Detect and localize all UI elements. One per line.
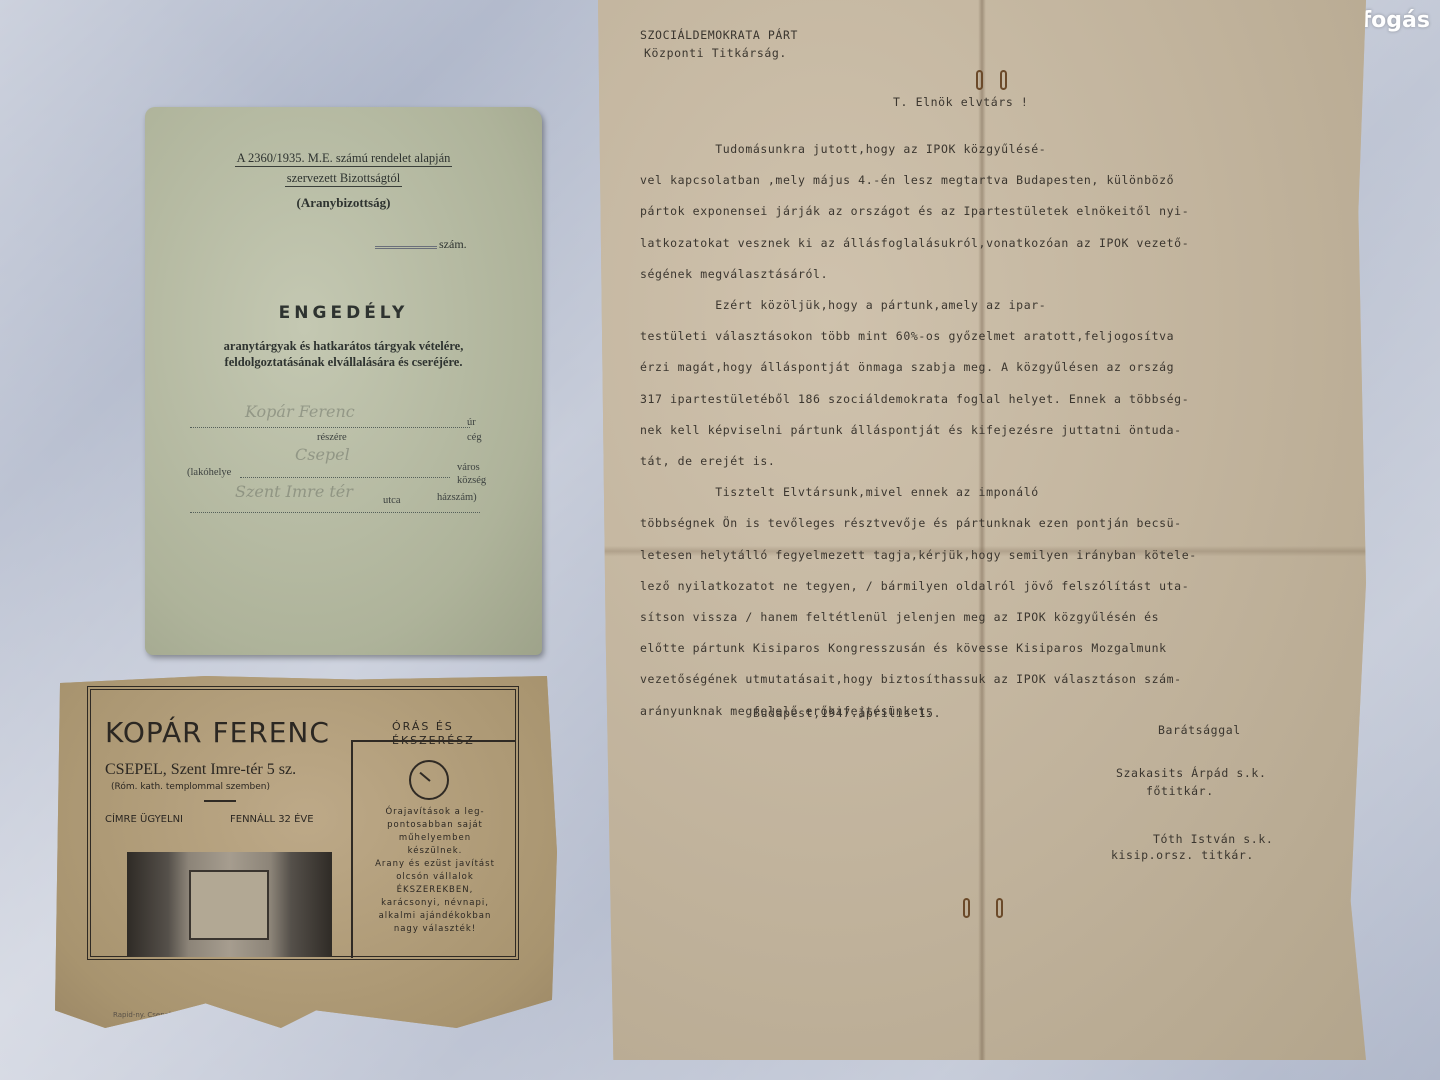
letter-salutation: T. Elnök elvtárs ! (893, 95, 1028, 109)
label-kozseg: község (457, 475, 486, 486)
gold-permit-booklet: A 2360/1935. M.E. számú rendelet alapján… (145, 107, 542, 655)
ad-service-line: pontosabban saját (355, 819, 515, 832)
handwritten-city: Csepel (295, 445, 350, 464)
ad-service-line: karácsonyi, névnapi, (355, 897, 515, 910)
label-utca: utca (383, 495, 401, 506)
letter-body-line: Tisztelt Elvtársunk,mivel ennek az impon… (640, 485, 1039, 499)
signer1-title: főtitkár. (1146, 784, 1214, 798)
staple (963, 898, 970, 918)
redacted-number (375, 241, 437, 249)
letter-body-line: sítson vissza / hanem feltétlenül jelenj… (640, 610, 1159, 624)
watch-face (189, 870, 269, 940)
staple (1000, 70, 1007, 90)
signer2-name: Tóth István s.k. (1153, 832, 1273, 846)
ad-address: CSEPEL, Szent Imre-tér 5 sz. (105, 761, 296, 779)
handwritten-name: Kopár Ferenc (245, 402, 355, 421)
letter-body-line: Ezért közöljük,hogy a pártunk,amely az i… (640, 298, 1046, 312)
label-ceg: cég (467, 432, 482, 443)
letter-org-line2: Központi Titkárság. (644, 46, 787, 60)
letter-body-line: többségnek Ön is tevőleges résztvevője é… (640, 516, 1182, 530)
ad-service-line: ÉKSZEREKBEN, (355, 884, 515, 897)
ad-service-line: alkalmi ajándékokban (355, 910, 515, 923)
watchmaker-advertisement: KOPÁR FERENC ÓRÁS ÉS ÉKSZERÉSZ CSEPEL, S… (55, 676, 557, 1028)
permit-subtitle-line1: aranytárgyak és hatkarátos tárgyak vétel… (145, 339, 542, 354)
ad-cimre: CÍMRE ÜGYELNI (105, 814, 183, 825)
party-letter: SZOCIÁLDEMOKRATA PÁRT Központi Titkárság… (598, 0, 1366, 1060)
signer1-name: Szakasits Árpád s.k. (1116, 766, 1266, 780)
label-varos: város (457, 462, 480, 473)
letter-body-line: latkozatokat vesznek ki az állásfoglalás… (640, 236, 1189, 250)
name-line (190, 427, 470, 428)
ad-fennall: FENNÁLL 32 ÉVE (230, 814, 314, 825)
letter-body-line: ségének megválasztásáról. (640, 267, 828, 281)
staple (976, 70, 983, 90)
permit-header-line3: (Aranybizottság) (145, 195, 542, 211)
ad-service-line: készülnek. (355, 845, 515, 858)
letter-body-line: Tudomásunkra jutott,hogy az IPOK közgyűl… (640, 142, 1046, 156)
ad-service-line: Arany és ezüst javítást (355, 858, 515, 871)
permit-header-line1: A 2360/1935. M.E. számú rendelet alapján (235, 151, 453, 167)
permit-number: szám. (375, 237, 467, 252)
ad-service-line: Órajavítások a leg- (355, 806, 515, 819)
clock-icon (409, 760, 449, 800)
label-ur: úr (467, 417, 476, 428)
handwritten-street: Szent Imre tér (235, 482, 353, 501)
label-lakohelye: (lakóhelye (187, 467, 231, 478)
letter-body-line: vel kapcsolatban ,mely május 4.-én lesz … (640, 173, 1174, 187)
signer2-title: kisip.orsz. titkár. (1111, 848, 1254, 862)
letter-body-line: lező nyilatkozatot ne tegyen, / bármilye… (640, 579, 1189, 593)
ad-service-text: Órajavítások a leg-pontosabban sajátműhe… (355, 806, 515, 936)
permit-title: ENGEDÉLY (145, 303, 542, 323)
ad-service-line: nagy választék! (355, 923, 515, 936)
letter-body-line: vezetőségének utmutatásait,hogy biztosít… (640, 672, 1182, 686)
ad-service-line: olcsón vállalok (355, 871, 515, 884)
permit-header-line2: szervezett Bizottságtól (285, 171, 403, 187)
wristwatch-image (127, 852, 332, 957)
letter-closing: Barátsággal (1158, 723, 1241, 737)
letter-body-line: testületi választásokon több mint 60%-os… (640, 329, 1174, 343)
ad-printer-credit: Rapid-ny. Csepel, F. v. Szabó L. (113, 1011, 220, 1019)
letter-body-line: érzi magát,hogy álláspontját önmaga szab… (640, 360, 1174, 374)
letter-org-line1: SZOCIÁLDEMOKRATA PÁRT (640, 28, 798, 42)
staple (996, 898, 1003, 918)
letter-date: Budapest,1947.április 15. (753, 706, 941, 720)
permit-subtitle-line2: feldolgoztatásának elvállalására és cser… (145, 355, 542, 370)
letter-body-line: 317 ipartestületéből 186 szociáldemokrat… (640, 392, 1189, 406)
letter-body-line: pártok exponensei járják az országot és … (640, 204, 1189, 218)
divider (204, 800, 236, 802)
letter-body-line: előtte pártunk Kisiparos Kongresszusán é… (640, 641, 1167, 655)
ad-business-name: KOPÁR FERENC (105, 716, 330, 749)
letter-body-line: letesen helytálló fegyelmezett tagja,kér… (640, 548, 1197, 562)
letter-body-line: tát, de erejét is. (640, 454, 775, 468)
letter-body-line: nek kell képviselni pártunk álláspontját… (640, 423, 1182, 437)
ad-service-line: műhelyemben (355, 832, 515, 845)
street-line (190, 512, 480, 513)
label-hazszam: házszám) (437, 492, 477, 503)
label-reszere: részére (317, 432, 347, 443)
ad-address-note: (Róm. kath. templommal szemben) (111, 782, 270, 792)
city-line (240, 477, 450, 478)
